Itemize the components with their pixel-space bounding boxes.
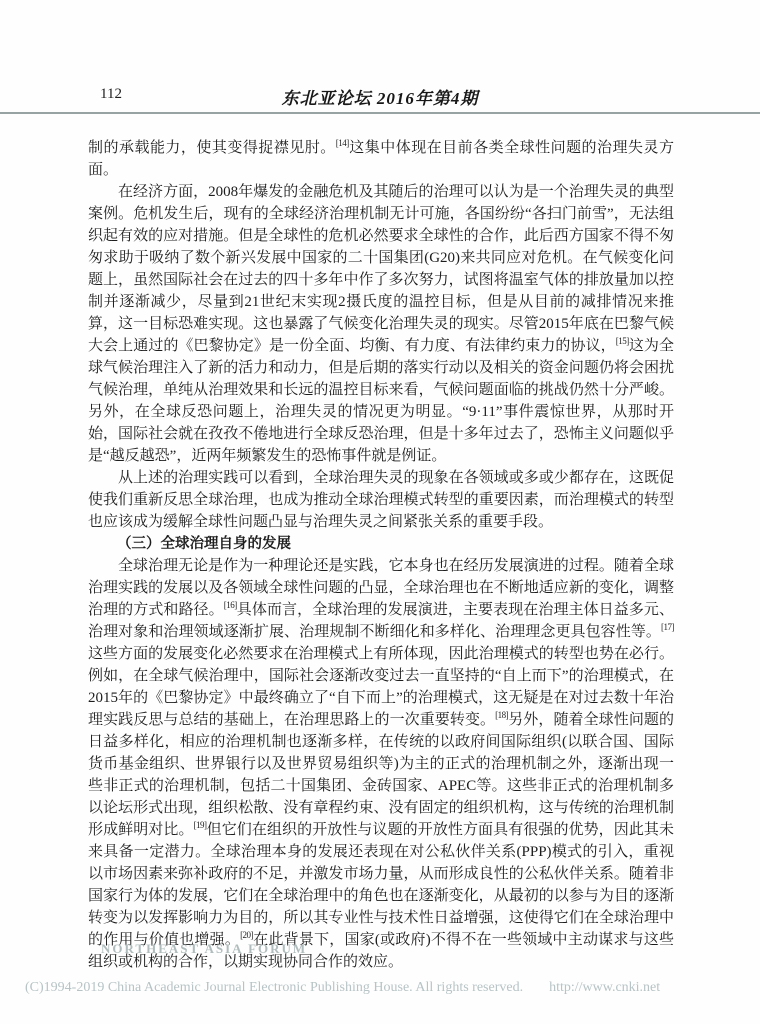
footnote-ref: [16] <box>224 600 237 610</box>
article-body: 制的承载能力，使其变得捉襟见肘。[14]这集中体现在目前各类全球性问题的治理失灵… <box>88 137 674 973</box>
copyright-line: (C)1994-2019 China Academic Journal Elec… <box>25 980 735 996</box>
paragraph: 全球治理无论是作为一种理论还是实践，它本身也在经历发展演进的过程。随着全球治理实… <box>88 555 674 973</box>
footer-journal-name: NORTHEAST ASIA FORUM <box>101 941 307 957</box>
page-header: 112 东北亚论坛 2016年第4期 <box>0 84 760 108</box>
footnote-ref: [19] <box>194 820 207 830</box>
copyright-url: http://www.cnki.net <box>549 980 660 995</box>
paragraph: 在经济方面，2008年爆发的金融危机及其随后的治理可以认为是一个治理失灵的典型案… <box>88 181 674 467</box>
footnote-ref: [14] <box>336 138 349 148</box>
footnote-ref: [20] <box>240 930 253 940</box>
paragraph: 制的承载能力，使其变得捉襟见肘。[14]这集中体现在目前各类全球性问题的治理失灵… <box>88 137 674 181</box>
journal-title: 东北亚论坛 2016年第4期 <box>0 84 760 109</box>
footnote-ref: [18] <box>495 710 508 720</box>
journal-page: 112 东北亚论坛 2016年第4期 制的承载能力，使其变得捉襟见肘。[14]这… <box>0 0 760 1024</box>
footnote-ref: [15] <box>616 336 629 346</box>
section-heading: （三）全球治理自身的发展 <box>88 533 674 555</box>
header-rule <box>0 112 760 114</box>
footnote-ref: [17] <box>661 622 674 632</box>
copyright-notice: (C)1994-2019 China Academic Journal Elec… <box>25 980 523 995</box>
paragraph: 从上述的治理实践可以看到，全球治理失灵的现象在各领域或多或少都存在，这既促使我们… <box>88 467 674 533</box>
